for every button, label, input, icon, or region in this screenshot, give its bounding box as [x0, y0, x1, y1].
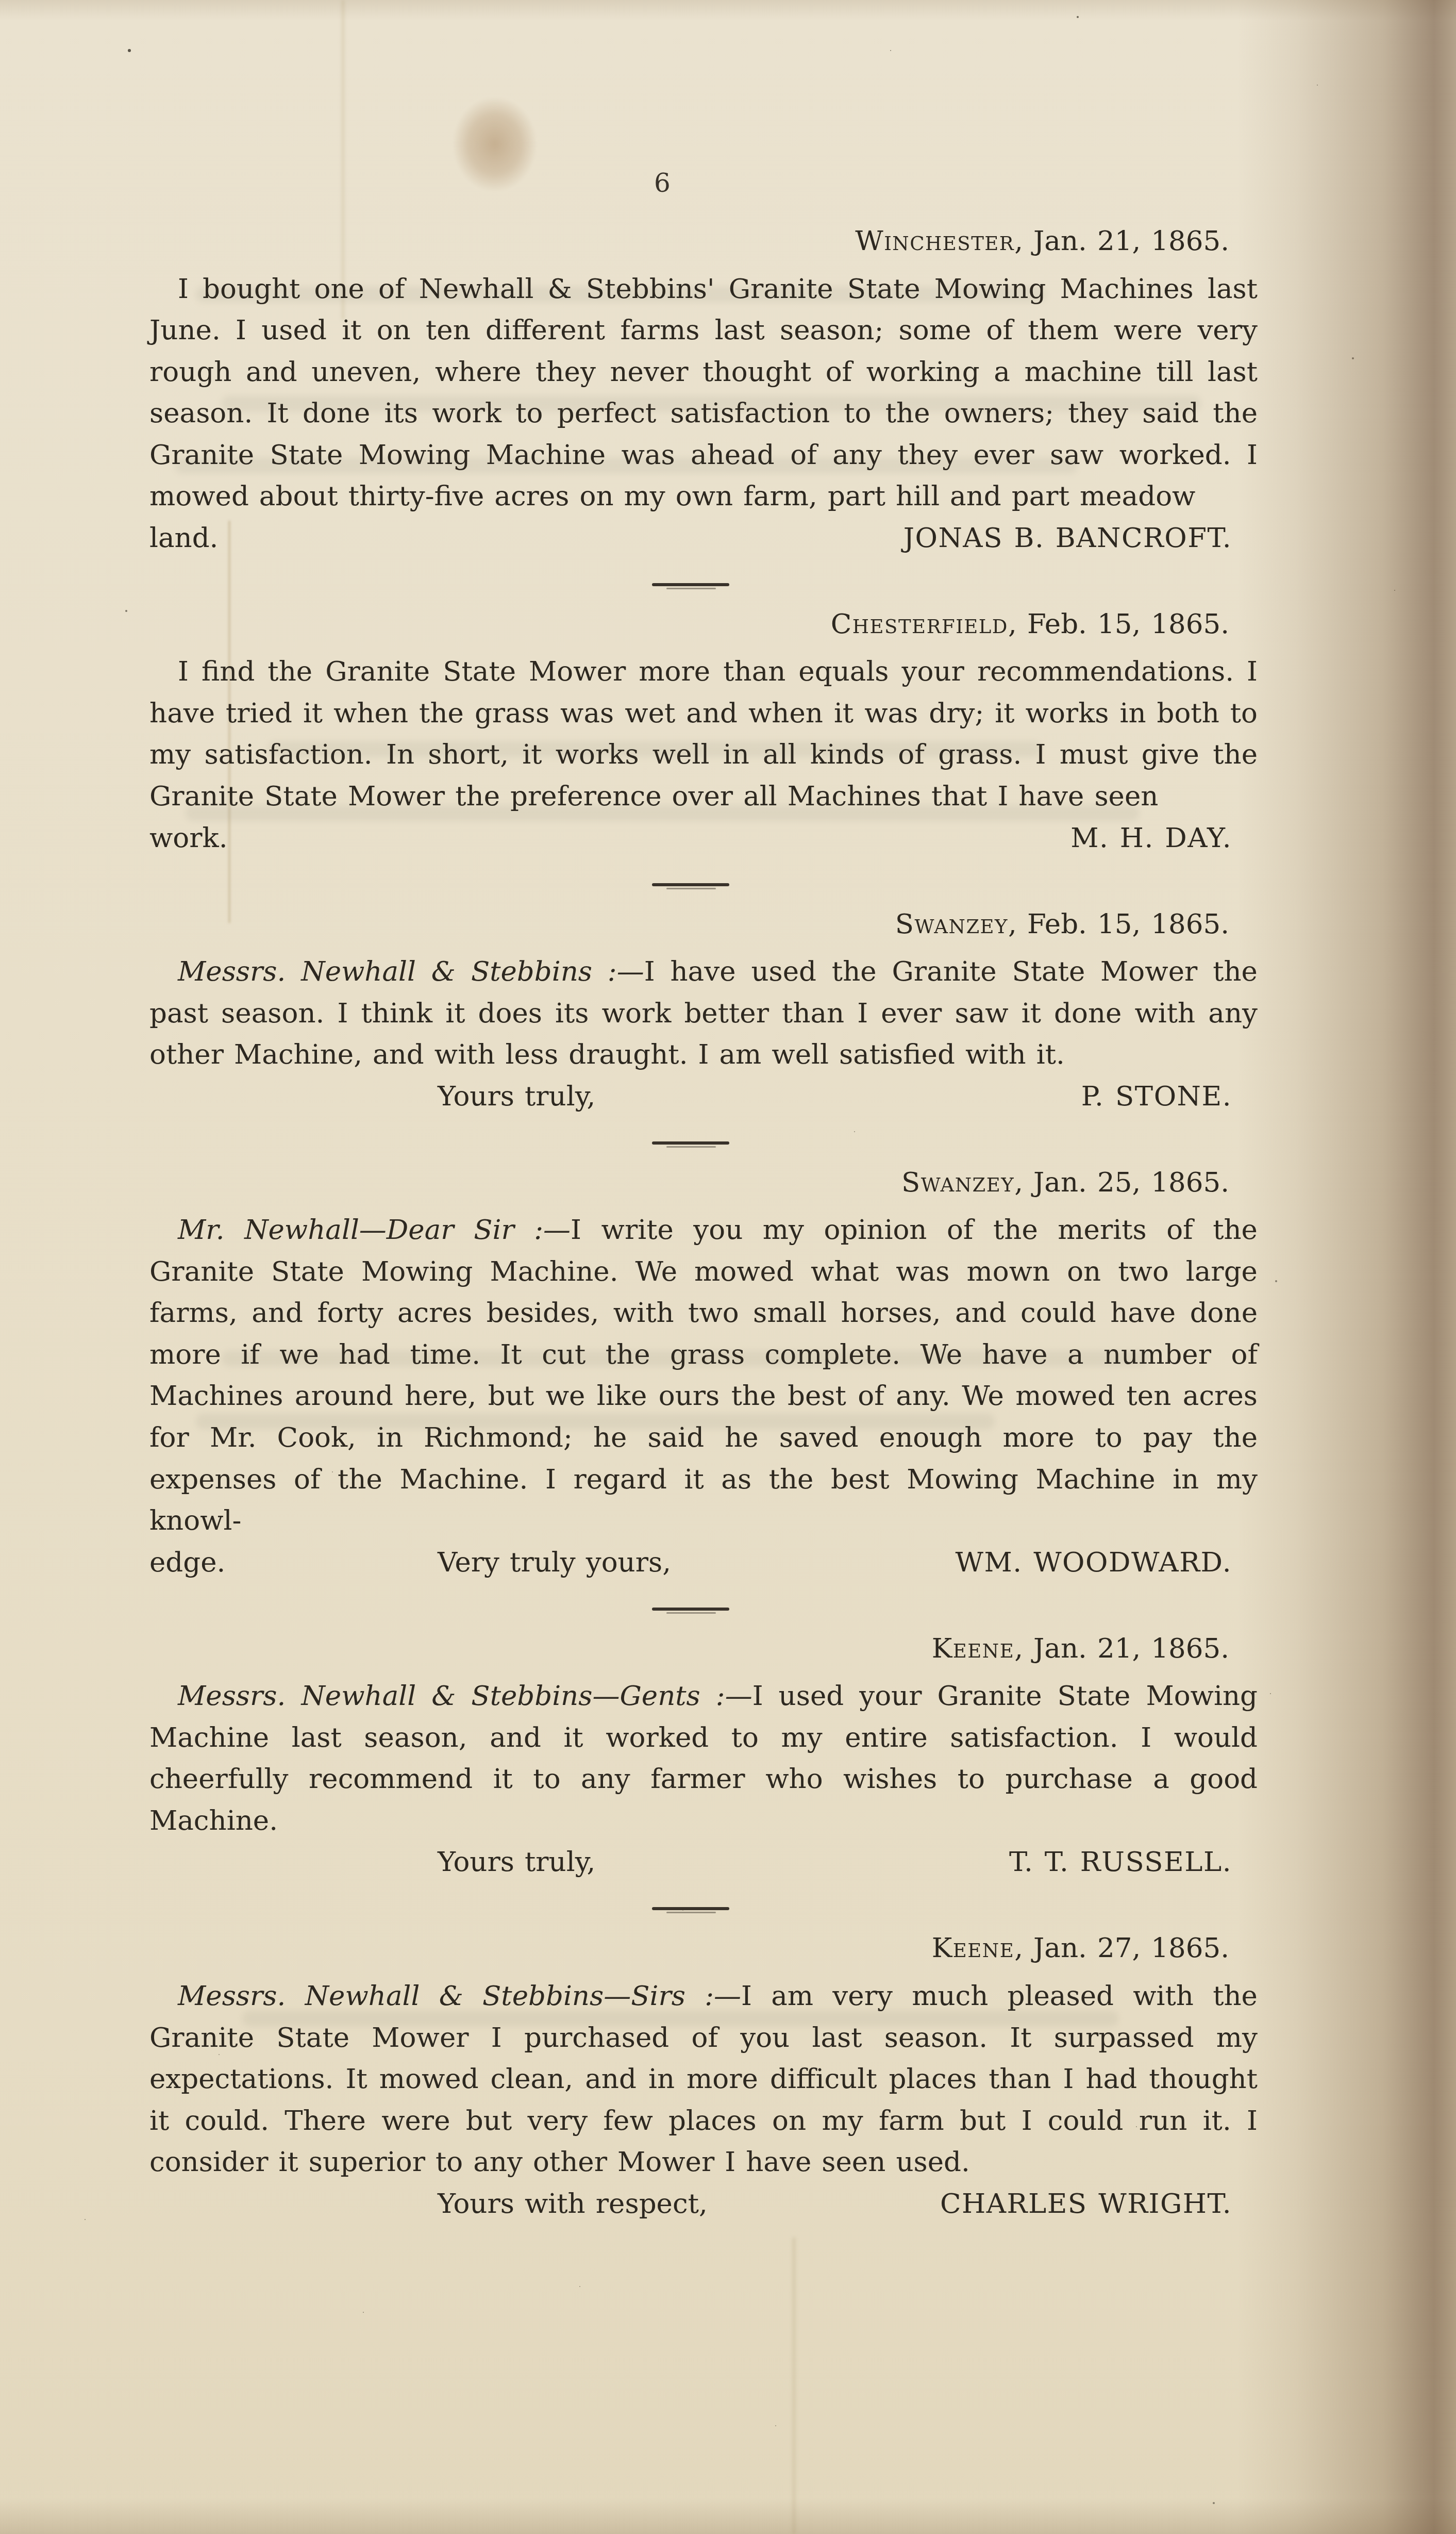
closing-line: Yours truly, T. T. RUSSELL.: [149, 1842, 1258, 1883]
testimonial-woodward: Swanzey, Jan. 25, 1865. Mr. Newhall—Dear…: [149, 1162, 1258, 1584]
salutation: Messrs. Newhall & Stebbins :—: [178, 956, 644, 987]
dateline-date: , Feb. 15, 1865.: [1008, 608, 1229, 640]
dateline-date: , Jan. 21, 1865.: [1014, 1633, 1229, 1664]
salutation: Messrs. Newhall & Stebbins—Sirs :—: [178, 1980, 741, 2012]
dateline-date: , Jan. 25, 1865.: [1014, 1167, 1229, 1198]
dateline: Chesterfield, Feb. 15, 1865.: [149, 604, 1258, 645]
body-text: I find the Granite State Mower more than…: [149, 656, 1258, 812]
section-divider: [652, 1608, 729, 1611]
closing-phrase: Yours with respect,: [438, 2183, 708, 2225]
dateline: Winchester, Jan. 21, 1865.: [149, 221, 1258, 262]
closing-line: Yours with respect, CHARLES WRIGHT.: [149, 2183, 1258, 2225]
testimonial-wright: Keene, Jan. 27, 1865. Messrs. Newhall & …: [149, 1928, 1258, 2225]
closing-phrase: Yours truly,: [438, 1076, 595, 1118]
signature: CHARLES WRIGHT.: [940, 2183, 1232, 2225]
closing-phrase: Yours truly,: [438, 1842, 595, 1883]
testimonial-day: Chesterfield, Feb. 15, 1865. I find the …: [149, 604, 1258, 859]
testimonial-stone: Swanzey, Feb. 15, 1865. Messrs. Newhall …: [149, 904, 1258, 1118]
section-divider: [652, 1141, 729, 1145]
closing-line: Yours truly, P. STONE.: [149, 1076, 1258, 1118]
dateline-date: , Jan. 21, 1865.: [1014, 225, 1229, 257]
closing-fragment: work.: [149, 818, 228, 859]
closing-line: land. JONAS B. BANCROFT.: [149, 518, 1258, 559]
dateline-date: , Feb. 15, 1865.: [1008, 908, 1229, 940]
dateline-city: Winchester: [855, 225, 1014, 257]
scanned-book-page: 6 Winchester, Jan. 21, 1865. I bought on…: [0, 0, 1456, 2534]
testimonial-body: I bought one of Newhall & Stebbins' Gran…: [149, 269, 1258, 518]
closing-line: edge. Very truly yours, WM. WOODWARD.: [149, 1542, 1258, 1584]
testimonial-body: I find the Granite State Mower more than…: [149, 651, 1258, 817]
section-divider: [652, 883, 729, 886]
dateline-date: , Jan. 27, 1865.: [1014, 1932, 1229, 1964]
body-text: I bought one of Newhall & Stebbins' Gran…: [149, 273, 1258, 512]
paper-crease: [793, 2238, 795, 2534]
signature: M. H. DAY.: [1070, 818, 1232, 859]
body-text: I write you my opinion of the merits of …: [149, 1214, 1258, 1536]
text-block: Winchester, Jan. 21, 1865. I bought one …: [149, 221, 1258, 2225]
dateline: Keene, Jan. 21, 1865.: [149, 1628, 1258, 1670]
signature: P. STONE.: [1081, 1076, 1232, 1118]
section-divider: [652, 1907, 729, 1910]
dateline-city: Swanzey: [901, 1167, 1014, 1198]
testimonial-russell: Keene, Jan. 21, 1865. Messrs. Newhall & …: [149, 1628, 1258, 1884]
closing-fragment: land.: [149, 518, 218, 559]
paper-specks: [128, 49, 131, 52]
dateline-city: Chesterfield: [831, 608, 1008, 640]
closing-fragment: edge.: [149, 1542, 225, 1584]
dateline-city: Keene: [932, 1633, 1015, 1664]
salutation: Mr. Newhall—Dear Sir :—: [178, 1214, 571, 1246]
closing-phrase: Very truly yours,: [438, 1542, 671, 1584]
testimonial-body: Messrs. Newhall & Stebbins—Gents :—I use…: [149, 1676, 1258, 1842]
dateline: Keene, Jan. 27, 1865.: [149, 1928, 1258, 1969]
testimonial-body: Mr. Newhall—Dear Sir :—I write you my op…: [149, 1210, 1258, 1542]
dateline-city: Swanzey: [895, 908, 1008, 940]
testimonial-body: Messrs. Newhall & Stebbins—Sirs :—I am v…: [149, 1976, 1258, 2183]
dateline-city: Keene: [932, 1932, 1015, 1964]
salutation: Messrs. Newhall & Stebbins—Gents :—: [178, 1680, 752, 1712]
testimonial-body: Messrs. Newhall & Stebbins :—I have used…: [149, 951, 1258, 1076]
testimonial-bancroft: Winchester, Jan. 21, 1865. I bought one …: [149, 221, 1258, 559]
page-number: 6: [0, 168, 1325, 198]
signature: WM. WOODWARD.: [956, 1542, 1232, 1584]
signature: T. T. RUSSELL.: [1009, 1842, 1232, 1883]
dateline: Swanzey, Feb. 15, 1865.: [149, 904, 1258, 946]
dateline: Swanzey, Jan. 25, 1865.: [149, 1162, 1258, 1204]
section-divider: [652, 583, 729, 586]
signature: JONAS B. BANCROFT.: [903, 518, 1232, 559]
closing-line: work. M. H. DAY.: [149, 818, 1258, 859]
